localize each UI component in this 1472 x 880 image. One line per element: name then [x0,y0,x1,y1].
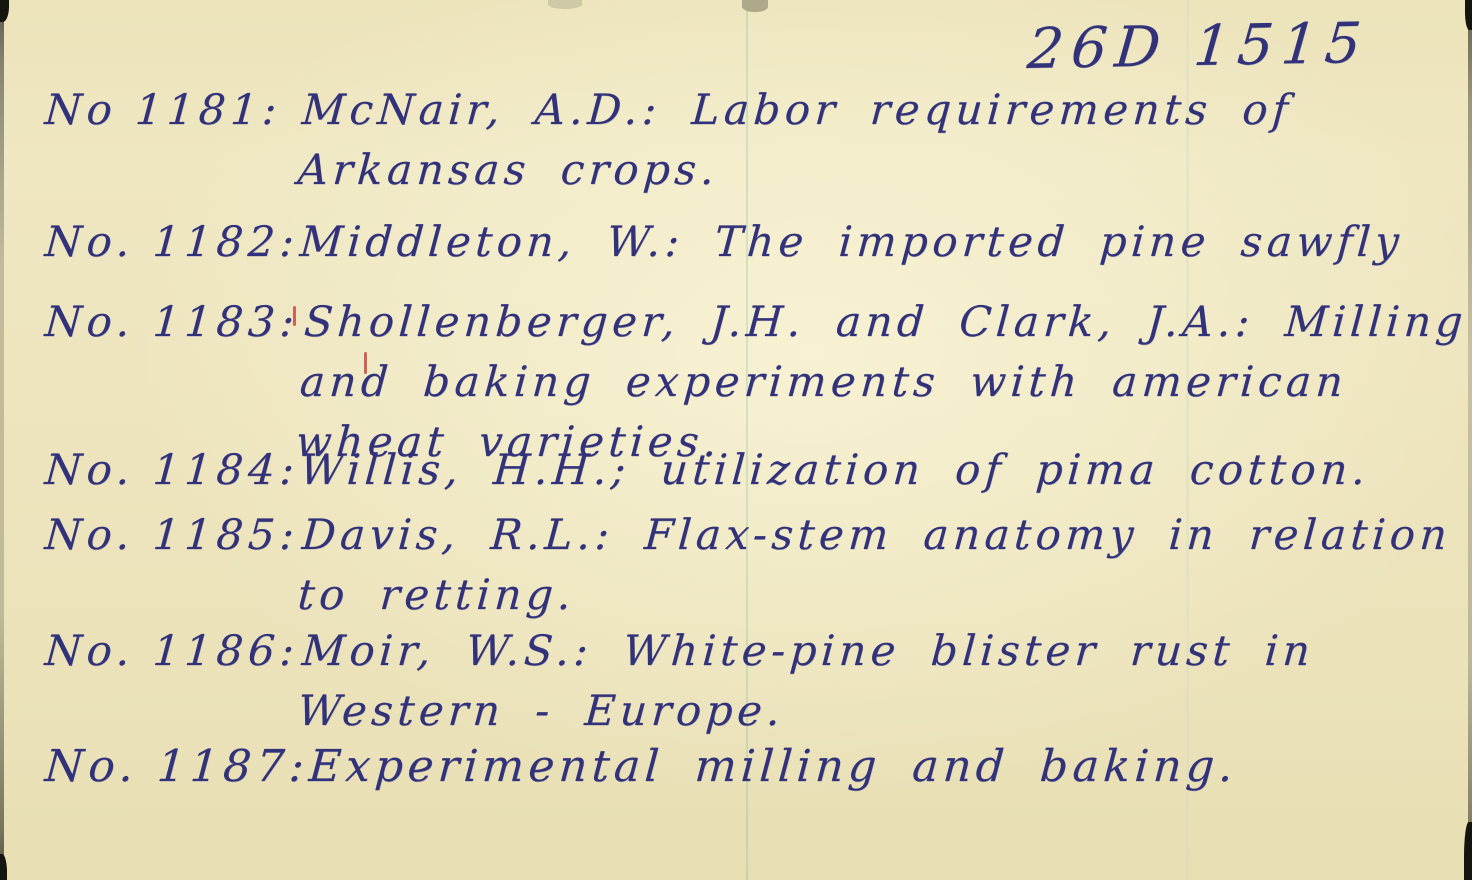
entry-number: No. 1187: [43,737,311,797]
catalog-entry-1181: No 1181: McNair, A.D.: Labor requirement… [45,80,1464,200]
catalog-entry-1185: No. 1185: Davis, R.L.: Flax-stem anatomy… [45,505,1464,625]
entry-body: Moir, W.S.: White-pine blister rust in W… [296,621,1468,741]
entry-number: No. 1182: [43,212,302,272]
entry-body: Experimental milling and baking. [307,737,1466,797]
catalog-entry-1184: No. 1184: Willis, H.H.; utilization of p… [45,440,1464,500]
entry-body: Middleton, W.: The imported pine sawfly [298,212,1466,272]
entry-number: No 1181: [43,80,302,140]
catalog-entry-1186: No. 1186: Moir, W.S.: White-pine blister… [45,621,1464,741]
catalog-entry-1182: No. 1182: Middleton, W.: The imported pi… [45,212,1464,272]
entry-body: McNair, A.D.: Labor requirements of Arka… [296,80,1468,200]
entry-body: Davis, R.L.: Flax-stem anatomy in relati… [296,505,1468,625]
catalog-entry-1187: No. 1187: Experimental milling and bakin… [45,737,1464,797]
entry-list: No 1181: McNair, A.D.: Labor requirement… [0,0,1472,880]
entry-number: No. 1185: [43,505,302,565]
entry-number: No. 1183: [43,292,302,352]
entry-body: Willis, H.H.; utilization of pima cotton… [298,440,1466,500]
entry-number: No. 1184: [43,440,302,500]
entry-number: No. 1186: [43,621,302,681]
index-card: 26D 1515 No 1181: McNair, A.D.: Labor re… [0,0,1472,880]
